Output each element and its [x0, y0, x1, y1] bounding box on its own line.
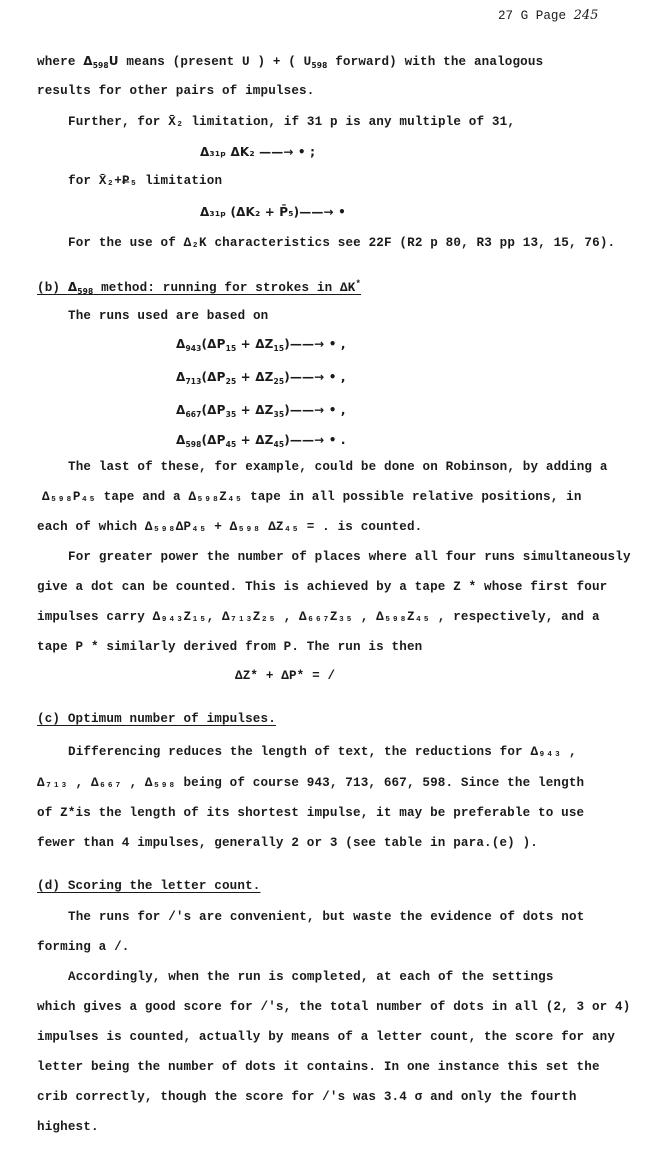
- run-formula: Δ598(ΔP45 + ΔZ45)——→ • .: [176, 433, 346, 449]
- section-c-heading: (c) Optimum number of impulses.: [37, 712, 276, 726]
- text-line: impulses carry Δ₉₄₃Z₁₅, Δ₇₁₃Z₂₅ , Δ₆₆₇Z₃…: [37, 610, 600, 624]
- formula-line: ΔZ* + ΔP* = /: [235, 669, 335, 683]
- text-line: Δ₇₁₃ , Δ₆₆₇ , Δ₅₉₈ being of course 943, …: [37, 776, 584, 790]
- text-line: impulses is counted, actually by means o…: [37, 1030, 615, 1044]
- text-line: each of which Δ₅₉₈ΔP₄₅ + Δ₅₉₈ ΔZ₄₅ = . i…: [37, 520, 422, 534]
- run-formula: Δ713(ΔP25 + ΔZ25)——→ • ,: [176, 370, 346, 386]
- text-line: forming a /.: [37, 940, 130, 954]
- text-line: which gives a good score for /'s, the to…: [37, 1000, 630, 1014]
- page-number: 245: [574, 8, 599, 23]
- text-line: For greater power the number of places w…: [68, 550, 631, 564]
- text-line: Accordingly, when the run is completed, …: [68, 970, 554, 984]
- text-line: tape P * similarly derived from P. The r…: [37, 640, 422, 654]
- text-line: results for other pairs of impulses.: [37, 84, 314, 98]
- page-header: 27 G Page 245: [498, 8, 598, 23]
- run-formula: Δ943(ΔP15 + ΔZ15)——→ • ,: [176, 337, 346, 353]
- text-line: crib correctly, though the score for /'s…: [37, 1090, 577, 1104]
- text-line: For the use of Δ₂K characteristics see 2…: [68, 236, 615, 250]
- text-line: Δ₅₉₈P₄₅ tape and a Δ₅₉₈Z₄₅ tape in all p…: [42, 490, 582, 504]
- formula-line: Δ₃₁ₚ ΔK₂ ——→ • ;: [200, 145, 315, 159]
- text-line: highest.: [37, 1120, 99, 1134]
- text-line: give a dot can be counted. This is achie…: [37, 580, 607, 594]
- text-line: letter being the number of dots it conta…: [37, 1060, 600, 1074]
- text-line: The runs used are based on: [68, 309, 268, 323]
- run-formula: Δ667(ΔP35 + ΔZ35)——→ • ,: [176, 403, 346, 419]
- text-line: of Z*is the length of its shortest impul…: [37, 806, 584, 820]
- section-b-heading: (b) Δ598 method: running for strokes in …: [37, 279, 361, 296]
- text-line: fewer than 4 impulses, generally 2 or 3 …: [37, 836, 538, 850]
- text-line: The runs for /'s are convenient, but was…: [68, 910, 584, 924]
- page-header-prefix: 27 G Page: [498, 9, 574, 23]
- formula-line: Δ₃₁ₚ (ΔK₂ + P̄₅)——→ •: [200, 205, 346, 219]
- text-line: where Δ598U means (present U ) + ( U598 …: [37, 54, 543, 70]
- section-d-heading: (d) Scoring the letter count.: [37, 879, 261, 893]
- text-line: Differencing reduces the length of text,…: [68, 745, 577, 759]
- text-line: Further, for X̄₂ limitation, if 31 p is …: [68, 115, 515, 129]
- text-line: for X̄₂+P̿₅ limitation: [68, 174, 222, 188]
- text-line: The last of these, for example, could be…: [68, 460, 608, 474]
